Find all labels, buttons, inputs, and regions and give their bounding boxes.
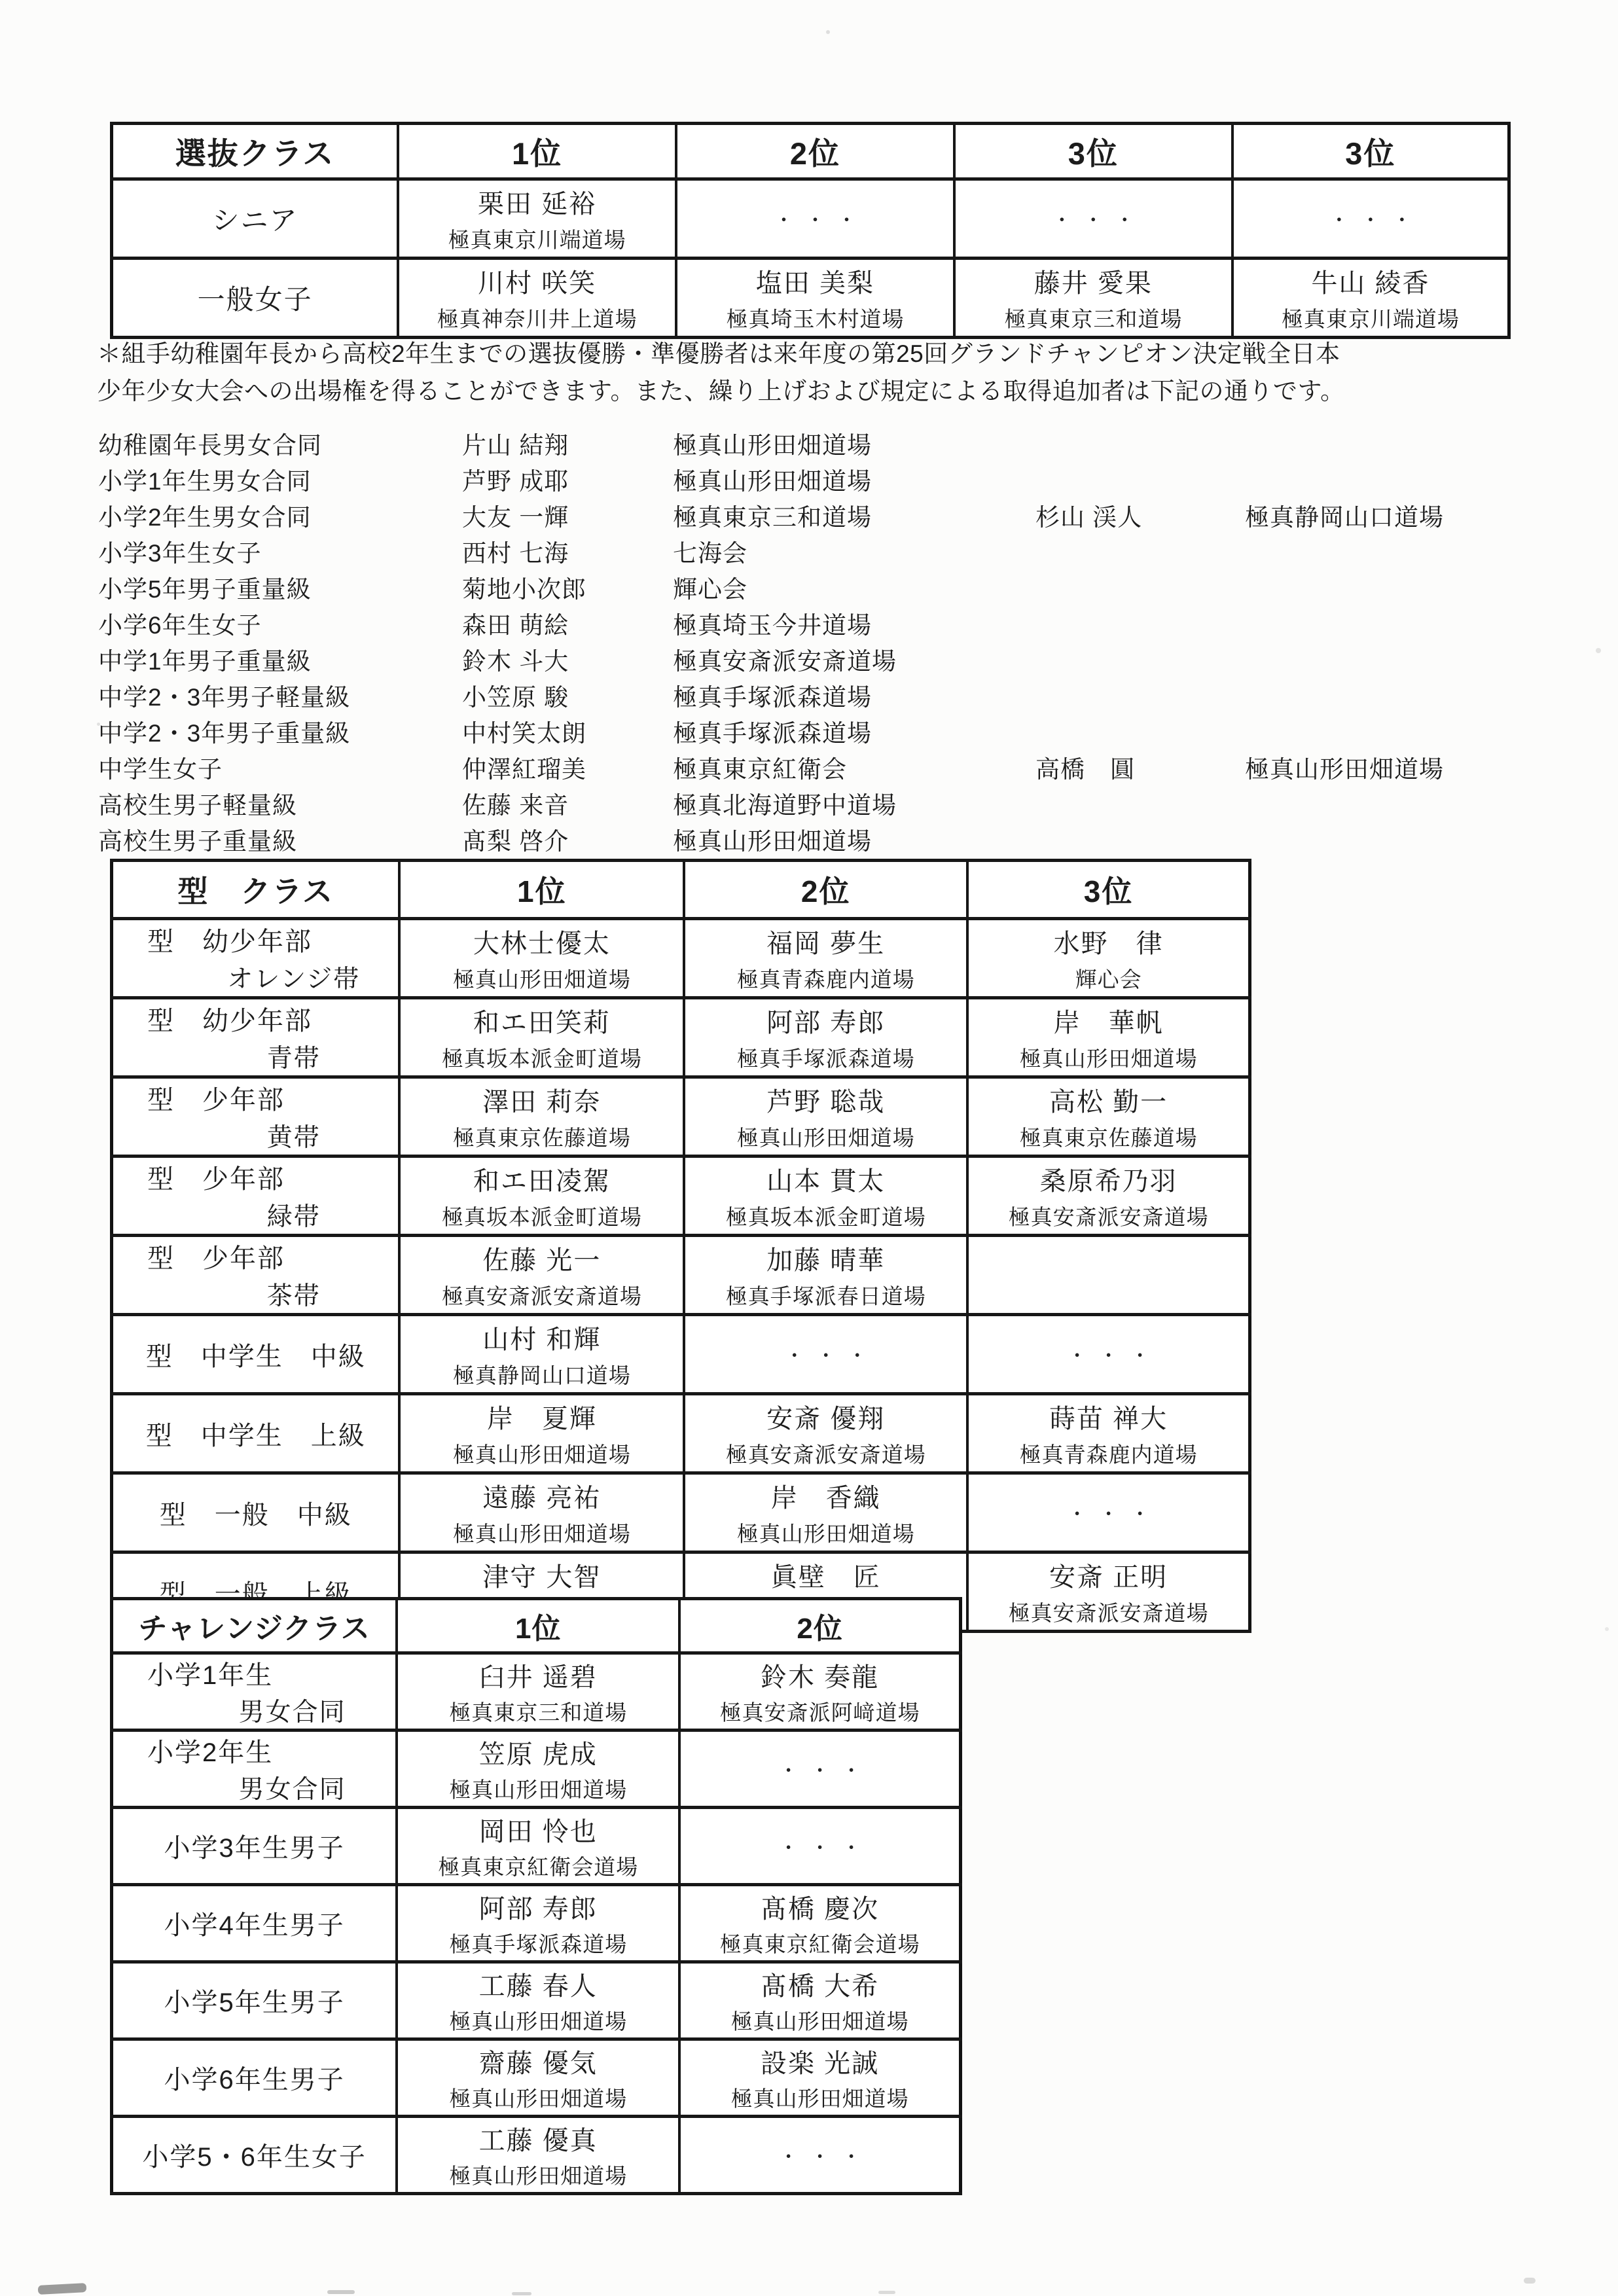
scan-artifact	[38, 2283, 87, 2295]
scan-artifact	[1596, 648, 1601, 653]
class-cell: 小学1年生男女合同	[112, 1653, 397, 1731]
table-row: 型 一般 中級遠藤 亮祐極真山形田畑道場岸 香織極真山形田畑道場・・・	[112, 1473, 1250, 1552]
qualifier-dojo: 極真東京三和道場	[673, 497, 872, 533]
winner-name: 岸 夏輝	[487, 1398, 597, 1435]
qualifier-row: 小学3年生女子西村 七海七海会	[98, 533, 1577, 569]
scan-artifact	[512, 2292, 531, 2295]
result-cell: 澤田 莉奈極真東京佐藤道場	[399, 1077, 684, 1157]
winner-name: 安斎 正明	[1049, 1556, 1168, 1594]
column-header: 3位	[1232, 124, 1509, 179]
result-cell: 鈴木 奏龍極真安斎派阿﨑道場	[679, 1653, 960, 1731]
class-label: 型 少年部	[113, 1079, 285, 1117]
winner-name: 水野 律	[1054, 923, 1164, 960]
class-cell: 小学4年生男子	[112, 1885, 397, 1962]
winner-name: 高松 勤一	[1049, 1081, 1168, 1119]
class-cell: 型 少年部黄帯	[112, 1077, 400, 1157]
result-cell-dots: ・・・	[967, 1315, 1249, 1394]
table-row: 型 少年部茶帯佐藤 光一極真安斎派安斎道場加藤 晴華極真手塚派春日道場	[112, 1236, 1250, 1315]
winner-name: 山村 和輝	[482, 1319, 601, 1356]
header-row: 選抜クラス1位2位3位3位	[112, 124, 1509, 179]
column-header: 2位	[679, 1599, 960, 1653]
result-cell: 設楽 光誠極真山形田畑道場	[679, 2039, 960, 2117]
qualifier-name: 髙梨 啓介	[462, 821, 569, 857]
class-label: 青帯	[267, 1038, 321, 1075]
header-row: チャレンジクラス1位2位	[112, 1599, 961, 1653]
result-cell: 齋藤 優気極真山形田畑道場	[397, 2039, 679, 2117]
winner-name: 和エ田凌駕	[473, 1160, 611, 1198]
class-label: 男女合同	[239, 1769, 346, 1806]
winner-name: 工藤 春人	[479, 1965, 598, 2003]
scan-artifact	[826, 30, 830, 34]
dots-placeholder: ・・・	[1056, 1498, 1162, 1527]
column-header: 選抜クラス	[112, 124, 399, 179]
qualifier-dojo: 七海会	[673, 533, 747, 569]
result-cell: 蒔苗 禅大極真青森鹿内道場	[967, 1394, 1249, 1473]
table-row: 小学5年生男子工藤 春人極真山形田畑道場髙橋 大希極真山形田畑道場	[112, 1962, 961, 2039]
qualifier-name: 鈴木 斗大	[462, 641, 569, 677]
dojo-name: 極真安斎派安斎道場	[1009, 1596, 1209, 1627]
result-cell: 工藤 優真極真山形田畑道場	[397, 2117, 679, 2194]
class-cell: 型 中学生 中級	[112, 1315, 400, 1394]
result-cell-dots: ・・・	[679, 2117, 960, 2194]
column-header: 型 クラス	[112, 861, 400, 919]
qualifier-name-2: 杉山 渓人	[1035, 497, 1142, 533]
header-row: 型 クラス1位2位3位	[112, 861, 1250, 919]
qualifier-name: 芦野 成耶	[462, 461, 569, 497]
result-cell: 藤井 愛果極真東京三和道場	[954, 259, 1232, 338]
dojo-name: 極真山形田畑道場	[453, 963, 631, 994]
qualifier-class: 小学2年生男女合同	[98, 497, 312, 533]
class-label: 男女合同	[239, 1692, 346, 1729]
result-cell-dots: ・・・	[684, 1315, 967, 1394]
table-row: シニア栗田 延裕極真東京川端道場・・・・・・・・・	[112, 179, 1509, 259]
winner-name: 福岡 夢生	[766, 923, 885, 960]
dojo-name: 極真東京紅衛会道場	[720, 1928, 920, 1958]
winner-name: 川村 咲笑	[478, 262, 596, 300]
qualifier-row: 小学2年生男女合同大友 一輝極真東京三和道場杉山 渓人極真静岡山口道場	[98, 497, 1577, 533]
class-label: 型 少年部	[113, 1238, 285, 1275]
class-cell: 小学6年生男子	[112, 2039, 397, 2117]
dojo-name: 極真安斎派安斎道場	[442, 1280, 642, 1310]
table-row: 型 中学生 中級山村 和輝極真静岡山口道場・・・・・・	[112, 1315, 1250, 1394]
qualification-note: ＊組手幼稚園年長から高校2年生までの選抜優勝・準優勝者は来年度の第25回グランド…	[97, 335, 1576, 410]
scanned-tournament-results-page: 選抜クラス1位2位3位3位シニア栗田 延裕極真東京川端道場・・・・・・・・・一般…	[0, 0, 1618, 2296]
result-cell: 岸 香織極真山形田畑道場	[684, 1473, 967, 1552]
qualifier-class: 高校生男子軽量級	[98, 785, 297, 821]
challenge-class-results-table: チャレンジクラス1位2位小学1年生男女合同臼井 遥碧極真東京三和道場鈴木 奏龍極…	[110, 1597, 962, 2195]
table-row: 一般女子川村 咲笑極真神奈川井上道場塩田 美梨極真埼玉木村道場藤井 愛果極真東京…	[112, 259, 1509, 338]
qualifier-row: 小学6年生女子森田 萌絵極真埼玉今井道場	[98, 605, 1577, 641]
dojo-name: 極真山形田畑道場	[449, 2159, 627, 2190]
class-label: 一般女子	[198, 278, 313, 317]
qualifier-dojo: 極真山形田畑道場	[673, 461, 872, 497]
class-cell: 型 幼少年部オレンジ帯	[112, 919, 400, 998]
dots-placeholder: ・・・	[767, 1755, 873, 1784]
dojo-name: 極真山形田畑道場	[737, 1121, 915, 1152]
dojo-name: 極真山形田畑道場	[731, 2082, 909, 2113]
column-header: 1位	[397, 1599, 679, 1653]
table-row: 小学6年生男子齋藤 優気極真山形田畑道場設楽 光誠極真山形田畑道場	[112, 2039, 961, 2117]
class-cell: シニア	[112, 179, 399, 259]
result-cell: 栗田 延裕極真東京川端道場	[398, 179, 676, 259]
result-cell-dots: ・・・	[1232, 179, 1509, 259]
result-cell: 阿部 寿郎極真手塚派森道場	[684, 998, 967, 1077]
qualifier-row: 小学5年男子重量級菊地小次郎輝心会	[98, 569, 1577, 605]
class-label: 緑帯	[267, 1196, 321, 1233]
winner-name: 藤井 愛果	[1034, 262, 1153, 300]
winner-name: 佐藤 光一	[482, 1240, 601, 1277]
result-cell: 笠原 虎成極真山形田畑道場	[397, 1731, 679, 1808]
table-row: 小学4年生男子阿部 寿郎極真手塚派森道場髙橋 慶次極真東京紅衛会道場	[112, 1885, 961, 1962]
class-label: 型 少年部	[113, 1158, 285, 1196]
dojo-name: 極真静岡山口道場	[453, 1359, 631, 1390]
scan-artifact	[97, 723, 100, 726]
dojo-name: 極真安斎派安斎道場	[1009, 1200, 1209, 1231]
qualifier-dojo: 極真山形田畑道場	[673, 821, 872, 857]
dots-placeholder: ・・・	[1056, 1340, 1162, 1369]
dots-placeholder: ・・・	[773, 1340, 879, 1369]
scan-artifact	[878, 2291, 895, 2294]
result-cell: 臼井 遥碧極真東京三和道場	[397, 1653, 679, 1731]
class-label: 小学2年生	[113, 1732, 273, 1769]
dots-placeholder: ・・・	[767, 2141, 873, 2170]
winner-name: 安斎 優翔	[766, 1398, 885, 1435]
result-cell: 岡田 怜也極真東京紅衛会道場	[397, 1808, 679, 1885]
winner-name: 阿部 寿郎	[479, 1888, 598, 1926]
dots-placeholder: ・・・	[767, 1832, 873, 1861]
winner-name: 牛山 綾香	[1311, 262, 1429, 300]
result-cell: 安斎 正明極真安斎派安斎道場	[967, 1552, 1249, 1632]
dojo-name: 極真山形田畑道場	[449, 2082, 627, 2113]
dojo-name: 極真手塚派春日道場	[726, 1280, 926, 1310]
scan-artifact	[1524, 2278, 1536, 2284]
winner-name: 澤田 莉奈	[482, 1081, 601, 1119]
class-label: 型 中学生 中級	[146, 1336, 366, 1373]
winner-name: 工藤 優真	[479, 2120, 598, 2157]
winner-name: 眞壁 匠	[771, 1556, 881, 1594]
result-cell: 芦野 聡哉極真山形田畑道場	[684, 1077, 967, 1157]
dojo-name: 極真東京川端道場	[1282, 302, 1460, 333]
result-cell: 川村 咲笑極真神奈川井上道場	[398, 259, 676, 338]
column-header: 2位	[676, 124, 954, 179]
class-label: オレンジ帯	[227, 959, 360, 996]
result-cell: 大林士優太極真山形田畑道場	[399, 919, 684, 998]
column-header: 1位	[399, 861, 684, 919]
column-header: 3位	[967, 861, 1249, 919]
qualifier-dojo: 極真埼玉今井道場	[673, 605, 872, 641]
winner-name: 蒔苗 禅大	[1049, 1398, 1168, 1435]
qualifier-dojo: 極真北海道野中道場	[673, 785, 897, 821]
result-cell: 福岡 夢生極真青森鹿内道場	[684, 919, 967, 998]
qualifier-dojo: 輝心会	[673, 569, 747, 605]
dojo-name: 極真東京三和道場	[1004, 302, 1182, 333]
winner-name: 和エ田笑莉	[473, 1002, 611, 1039]
dojo-name: 極真東京川端道場	[448, 223, 626, 254]
dojo-name: 極真山形田畑道場	[453, 1438, 631, 1469]
result-cell: 牛山 綾香極真東京川端道場	[1232, 259, 1509, 338]
qualifier-name: 片山 結翔	[462, 425, 569, 461]
dojo-name: 極真東京佐藤道場	[453, 1121, 631, 1152]
qualifier-name: 小笠原 駿	[462, 677, 569, 713]
result-cell-dots: ・・・	[967, 1473, 1249, 1552]
winner-name: 塩田 美梨	[756, 262, 874, 300]
winner-name: 岸 華帆	[1054, 1002, 1164, 1039]
table-row: 小学2年生男女合同笠原 虎成極真山形田畑道場・・・	[112, 1731, 961, 1808]
dojo-name: 極真東京佐藤道場	[1020, 1121, 1198, 1152]
qualifier-dojo-2: 極真静岡山口道場	[1245, 497, 1444, 533]
result-cell: 工藤 春人極真山形田畑道場	[397, 1962, 679, 2039]
dojo-name: 極真山形田畑道場	[1020, 1042, 1198, 1073]
qualifier-dojo-2: 極真山形田畑道場	[1245, 749, 1444, 785]
result-cell: 岸 夏輝極真山形田畑道場	[399, 1394, 684, 1473]
qualifier-row: 小学1年生男女合同芦野 成耶極真山形田畑道場	[98, 461, 1577, 497]
qualifier-name: 中村笑太朗	[462, 713, 586, 749]
dots-placeholder: ・・・	[1040, 204, 1146, 233]
additional-qualifiers-list: 幼稚園年長男女合同片山 結翔極真山形田畑道場小学1年生男女合同芦野 成耶極真山形…	[98, 425, 1577, 857]
column-header: 2位	[684, 861, 967, 919]
scan-artifact	[1605, 1627, 1609, 1631]
result-cell: 高松 勤一極真東京佐藤道場	[967, 1077, 1249, 1157]
winner-name: 鈴木 奏龍	[761, 1657, 879, 1694]
qualifier-row: 幼稚園年長男女合同片山 結翔極真山形田畑道場	[98, 425, 1577, 461]
class-cell: 型 一般 中級	[112, 1473, 400, 1552]
dots-placeholder: ・・・	[762, 204, 868, 233]
qualifier-name: 仲澤紅瑠美	[462, 749, 586, 785]
column-header: 1位	[398, 124, 676, 179]
dojo-name: 極真坂本派金町道場	[442, 1042, 642, 1073]
dojo-name: 極真山形田畑道場	[737, 1517, 915, 1548]
result-cell: 遠藤 亮祐極真山形田畑道場	[399, 1473, 684, 1552]
dojo-name: 極真山形田畑道場	[453, 1517, 631, 1548]
class-label: 小学5・6年生女子	[142, 2136, 367, 2174]
qualifier-name: 大友 一輝	[462, 497, 569, 533]
table-row: 小学1年生男女合同臼井 遥碧極真東京三和道場鈴木 奏龍極真安斎派阿﨑道場	[112, 1653, 961, 1731]
winner-name: 設楽 光誠	[761, 2043, 879, 2080]
table-row: 型 幼少年部オレンジ帯大林士優太極真山形田畑道場福岡 夢生極真青森鹿内道場水野 …	[112, 919, 1250, 998]
winner-name: 山本 貫太	[766, 1160, 885, 1198]
result-cell: 佐藤 光一極真安斎派安斎道場	[399, 1236, 684, 1315]
class-cell: 小学3年生男子	[112, 1808, 397, 1885]
result-cell: 和エ田笑莉極真坂本派金町道場	[399, 998, 684, 1077]
class-label: 型 中学生 上級	[146, 1415, 366, 1452]
result-cell: 山村 和輝極真静岡山口道場	[399, 1315, 684, 1394]
dojo-name: 極真青森鹿内道場	[737, 963, 915, 994]
winner-name: 笠原 虎成	[479, 1734, 598, 1771]
scan-artifact	[327, 2290, 355, 2294]
class-cell: 型 少年部茶帯	[112, 1236, 400, 1315]
winner-name: 芦野 聡哉	[766, 1081, 885, 1119]
dojo-name: 極真坂本派金町道場	[442, 1200, 642, 1231]
qualifier-class: 幼稚園年長男女合同	[98, 425, 322, 461]
table-row: 型 少年部黄帯澤田 莉奈極真東京佐藤道場芦野 聡哉極真山形田畑道場高松 勤一極真…	[112, 1077, 1250, 1157]
winner-name: 岡田 怜也	[479, 1811, 598, 1848]
note-line-2: 少年少女大会への出場権を得ることができます。また、繰り上げおよび規定による取得追…	[97, 372, 1576, 410]
dojo-name: 輝心会	[1075, 963, 1142, 994]
result-cell: 塩田 美梨極真埼玉木村道場	[676, 259, 954, 338]
class-label: 小学6年生男子	[164, 2059, 345, 2096]
result-cell-dots: ・・・	[954, 179, 1232, 259]
qualifier-class: 小学6年生女子	[98, 605, 262, 641]
empty-cell	[967, 1236, 1249, 1315]
dojo-name: 極真埼玉木村道場	[726, 302, 904, 333]
class-cell: 型 中学生 上級	[112, 1394, 400, 1473]
table-row: 小学5・6年生女子工藤 優真極真山形田畑道場・・・	[112, 2117, 961, 2194]
qualifier-row: 高校生男子軽量級佐藤 来音極真北海道野中道場	[98, 785, 1577, 821]
winner-name: 加藤 晴華	[766, 1240, 885, 1277]
qualifier-name: 森田 萌絵	[462, 605, 569, 641]
class-label: 小学3年生男子	[164, 1827, 345, 1865]
qualifier-dojo: 極真手塚派森道場	[673, 677, 872, 713]
dojo-name: 極真安斎派安斎道場	[726, 1438, 926, 1469]
table-row: 型 中学生 上級岸 夏輝極真山形田畑道場安斎 優翔極真安斎派安斎道場蒔苗 禅大極…	[112, 1394, 1250, 1473]
qualifier-row: 中学生女子仲澤紅瑠美極真東京紅衛会高橋 圓極真山形田畑道場	[98, 749, 1577, 785]
dojo-name: 極真青森鹿内道場	[1020, 1438, 1198, 1469]
qualifier-row: 高校生男子重量級髙梨 啓介極真山形田畑道場	[98, 821, 1577, 857]
class-cell: 小学5・6年生女子	[112, 2117, 397, 2194]
dojo-name: 極真神奈川井上道場	[437, 302, 638, 333]
class-cell: 型 少年部緑帯	[112, 1157, 400, 1236]
winner-name: 栗田 延裕	[478, 183, 596, 221]
result-cell: 加藤 晴華極真手塚派春日道場	[684, 1236, 967, 1315]
qualifier-dojo: 極真東京紅衛会	[673, 749, 847, 785]
result-cell: 山本 貫太極真坂本派金町道場	[684, 1157, 967, 1236]
qualifier-dojo: 極真山形田畑道場	[673, 425, 872, 461]
qualifier-class: 中学2・3年男子軽量級	[98, 677, 350, 713]
class-label: 型 幼少年部	[113, 921, 312, 958]
table-row: 型 少年部緑帯和エ田凌駕極真坂本派金町道場山本 貫太極真坂本派金町道場桑原希乃羽…	[112, 1157, 1250, 1236]
result-cell: 髙橋 大希極真山形田畑道場	[679, 1962, 960, 2039]
winner-name: 臼井 遥碧	[479, 1657, 598, 1694]
table-row: 型 幼少年部青帯和エ田笑莉極真坂本派金町道場阿部 寿郎極真手塚派森道場岸 華帆極…	[112, 998, 1250, 1077]
winner-name: 大林士優太	[473, 923, 611, 960]
winner-name: 遠藤 亮祐	[482, 1477, 601, 1515]
table-row: 小学3年生男子岡田 怜也極真東京紅衛会道場・・・	[112, 1808, 961, 1885]
dots-placeholder: ・・・	[1318, 204, 1424, 233]
class-cell: 一般女子	[112, 259, 399, 338]
class-cell: 型 幼少年部青帯	[112, 998, 400, 1077]
winner-name: 岸 香織	[771, 1477, 881, 1515]
kata-class-results-table: 型 クラス1位2位3位型 幼少年部オレンジ帯大林士優太極真山形田畑道場福岡 夢生…	[110, 859, 1251, 1633]
dojo-name: 極真手塚派森道場	[737, 1042, 915, 1073]
class-label: 小学4年生男子	[164, 1905, 345, 1942]
dojo-name: 極真東京三和道場	[449, 1696, 627, 1727]
result-cell-dots: ・・・	[676, 179, 954, 259]
class-label: 小学5年生男子	[164, 1982, 345, 2019]
qualifier-class: 高校生男子重量級	[98, 821, 297, 857]
dojo-name: 極真山形田畑道場	[731, 2005, 909, 2036]
class-label: 型 幼少年部	[113, 1000, 312, 1037]
class-cell: 小学5年生男子	[112, 1962, 397, 2039]
result-cell: 桑原希乃羽極真安斎派安斎道場	[967, 1157, 1249, 1236]
qualifier-dojo: 極真手塚派森道場	[673, 713, 872, 749]
winner-name: 阿部 寿郎	[766, 1002, 885, 1039]
qualifier-name: 佐藤 来音	[462, 785, 569, 821]
qualifier-class: 小学5年男子重量級	[98, 569, 312, 605]
dojo-name: 極真安斎派阿﨑道場	[720, 1696, 920, 1727]
result-cell: 水野 律輝心会	[967, 919, 1249, 998]
qualifier-row: 中学2・3年男子重量級中村笑太朗極真手塚派森道場	[98, 713, 1577, 749]
result-cell: 阿部 寿郎極真手塚派森道場	[397, 1885, 679, 1962]
qualifier-name-2: 高橋 圓	[1035, 749, 1135, 785]
winner-name: 齋藤 優気	[479, 2043, 598, 2080]
result-cell: 安斎 優翔極真安斎派安斎道場	[684, 1394, 967, 1473]
class-cell: 小学2年生男女合同	[112, 1731, 397, 1808]
dojo-name: 極真山形田畑道場	[449, 1773, 627, 1804]
dojo-name: 極真坂本派金町道場	[726, 1200, 926, 1231]
winner-name: 桑原希乃羽	[1040, 1160, 1178, 1198]
qualifier-name: 菊地小次郎	[462, 569, 586, 605]
qualifier-class: 中学生女子	[98, 749, 223, 785]
class-label: シニア	[212, 199, 298, 238]
result-cell-dots: ・・・	[679, 1731, 960, 1808]
qualifier-class: 小学1年生男女合同	[98, 461, 312, 497]
qualifier-row: 中学1年男子重量級鈴木 斗大極真安斎派安斎道場	[98, 641, 1577, 677]
result-cell: 和エ田凌駕極真坂本派金町道場	[399, 1157, 684, 1236]
note-line-1: ＊組手幼稚園年長から高校2年生までの選抜優勝・準優勝者は来年度の第25回グランド…	[97, 335, 1576, 372]
class-label: 型 一般 中級	[160, 1494, 352, 1532]
winner-name: 髙橋 大希	[761, 1965, 879, 2003]
dojo-name: 極真山形田畑道場	[449, 2005, 627, 2036]
column-header: 3位	[954, 124, 1232, 179]
winner-name: 髙橋 慶次	[761, 1888, 879, 1926]
result-cell: 髙橋 慶次極真東京紅衛会道場	[679, 1885, 960, 1962]
winner-name: 津守 大智	[482, 1556, 601, 1594]
class-label: 黄帯	[267, 1117, 321, 1154]
selection-class-results-table: 選抜クラス1位2位3位3位シニア栗田 延裕極真東京川端道場・・・・・・・・・一般…	[110, 122, 1511, 339]
qualifier-name: 西村 七海	[462, 533, 569, 569]
qualifier-class: 小学3年生女子	[98, 533, 262, 569]
qualifier-class: 中学1年男子重量級	[98, 641, 312, 677]
class-label: 茶帯	[267, 1276, 321, 1312]
qualifier-dojo: 極真安斎派安斎道場	[673, 641, 897, 677]
qualifier-row: 中学2・3年男子軽量級小笠原 駿極真手塚派森道場	[98, 677, 1577, 713]
qualifier-class: 中学2・3年男子重量級	[98, 713, 350, 749]
result-cell-dots: ・・・	[679, 1808, 960, 1885]
class-label: 小学1年生	[113, 1655, 273, 1692]
dojo-name: 極真手塚派森道場	[449, 1928, 627, 1958]
column-header: チャレンジクラス	[112, 1599, 397, 1653]
result-cell: 岸 華帆極真山形田畑道場	[967, 998, 1249, 1077]
dojo-name: 極真東京紅衛会道場	[438, 1850, 638, 1881]
